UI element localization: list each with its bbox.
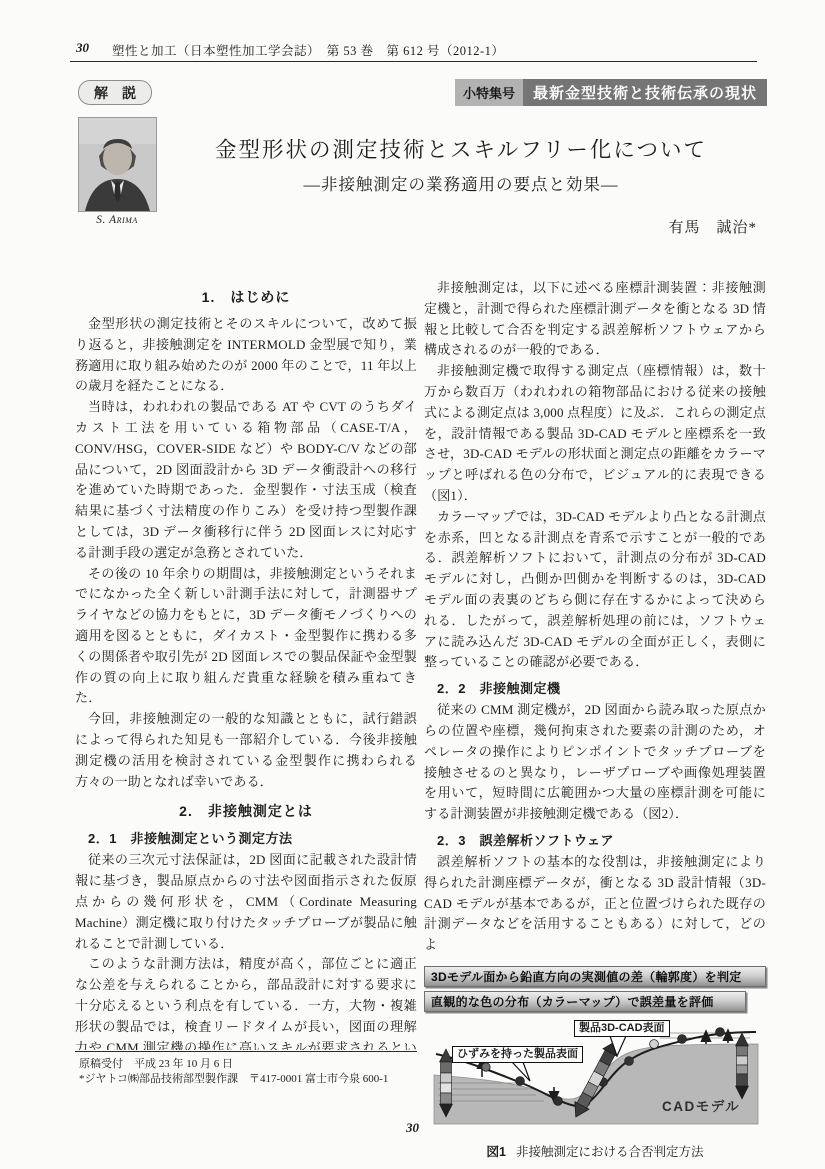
page-subtitle: ―非接触測定の業務適用の要点と効果― — [155, 171, 767, 195]
figure-caption: 図1非接触測定における合否判定方法 — [424, 1142, 766, 1160]
body-paragraph: 誤差解析ソフトの基本的な役割は，非接触測定により得られた計測座標データが，衝とな… — [424, 852, 766, 956]
body-paragraph: 非接触測定機で取得する測定点（座標情報）は，数十万から数百万（われわれの箱物部品… — [424, 361, 766, 507]
journal-page: 30 塑性と加工（日本塑性加工学会誌） 第 53 巻 第 612 号（2012-… — [0, 0, 825, 1169]
body-paragraph: 当時は，われわれの製品である AT や CVT のうちダイカスト工法を用いている… — [75, 397, 417, 563]
right-column: 非接触測定は，以下に述べる座標計測装置：非接触測定機と，計測で得られた座標計測デ… — [424, 278, 766, 1160]
header-page-number: 30 — [76, 40, 89, 56]
figure-banner-judgement: 3Dモデル面から鉛直方向の実測値の差（輪郭度）を判定 — [424, 966, 766, 987]
body-paragraph: 従来の CMM 測定機が，2D 図面から読み取った原点からの位置や座標，幾何拘束… — [424, 700, 766, 825]
left-column: 1. はじめに 金型形状の測定技術とそのスキルについて，改めて振り返ると，非接触… — [75, 278, 417, 1050]
special-issue-label: 小特集号 — [455, 79, 523, 106]
color-scale-bar-left — [440, 1049, 453, 1117]
body-paragraph: このような計測方法は，精度が高く，部位ごとに適正な公差を与えられることから，部品… — [75, 954, 417, 1050]
special-issue-title: 最新金型技術と技術伝承の現状 — [523, 79, 767, 106]
footnote-received-date: 原稿受付 平成 23 年 10 月 6 日 — [75, 1057, 417, 1072]
section-heading-1: 1. はじめに — [75, 287, 417, 307]
cad-model-label: CADモデル — [662, 1095, 740, 1115]
body-paragraph: 今回，非接触測定の一般的な知識とともに，試行錯誤によって得られた知見も一部紹介し… — [75, 709, 417, 792]
body-paragraph: その後の 10 年余りの期間は，非接触測定というそれまでになかった全く新しい計測… — [75, 564, 417, 710]
author-photo — [78, 117, 157, 212]
footnote-affiliation: *ジヤトコ㈱部品技術部型製作課 〒417-0001 富士市今泉 600-1 — [75, 1072, 417, 1087]
cad-surface-callout: 製品3D-CAD表面 — [574, 1020, 670, 1037]
article-type-badge: 解 説 — [78, 80, 152, 105]
bottom-page-number: 30 — [0, 1120, 825, 1136]
distorted-surface-callout: ひずみを持った製品表面 — [452, 1046, 583, 1063]
page-title: 金型形状の測定技術とスキルフリー化について — [155, 133, 767, 164]
figure-caption-text: 非接触測定における合否判定方法 — [516, 1145, 704, 1159]
subsection-heading-2-1: 2．1 非接触測定という測定方法 — [75, 828, 417, 847]
body-paragraph: 非接触測定は，以下に述べる座標計測装置：非接触測定機と，計測で得られた座標計測デ… — [424, 278, 766, 361]
author-portrait-icon — [79, 118, 156, 211]
author-name: 有馬 誠治* — [155, 216, 757, 237]
journal-title-line: 塑性と加工（日本塑性加工学会誌） 第 53 巻 第 612 号（2012-1） — [112, 41, 504, 59]
subsection-heading-2-3: 2．3 誤差解析ソフトウェア — [424, 830, 766, 849]
footnote-block: 原稿受付 平成 23 年 10 月 6 日 *ジヤトコ㈱部品技術部型製作課 〒4… — [75, 1051, 417, 1087]
figure-diagram: 製品3D-CAD表面 ひずみを持った製品表面 CADモデル — [424, 1019, 766, 1133]
figure-banner-colormap: 直観的な色の分布（カラーマップ）で誤差量を評価 — [424, 991, 746, 1012]
author-photo-caption: S. Arima — [70, 214, 164, 226]
subsection-heading-2-2: 2．2 非接触測定機 — [424, 678, 766, 697]
special-issue-badges: 小特集号 最新金型技術と技術伝承の現状 — [455, 79, 767, 106]
color-scale-bar-right — [736, 1033, 749, 1099]
figure-caption-number: 図1 — [487, 1145, 506, 1159]
body-paragraph: 金型形状の測定技術とそのスキルについて，改めて振り返ると，非接触測定を INTE… — [75, 314, 417, 397]
body-paragraph: カラーマップでは，3D-CAD モデルより凸となる計測点を赤系，凹となる計測点を… — [424, 507, 766, 673]
body-paragraph: 従来の三次元寸法保証は，2D 図面に記載された設計情報に基づき，製品原点からの寸… — [75, 850, 417, 954]
header-rule — [70, 61, 757, 62]
section-heading-2: 2. 非接触測定とは — [75, 801, 417, 821]
